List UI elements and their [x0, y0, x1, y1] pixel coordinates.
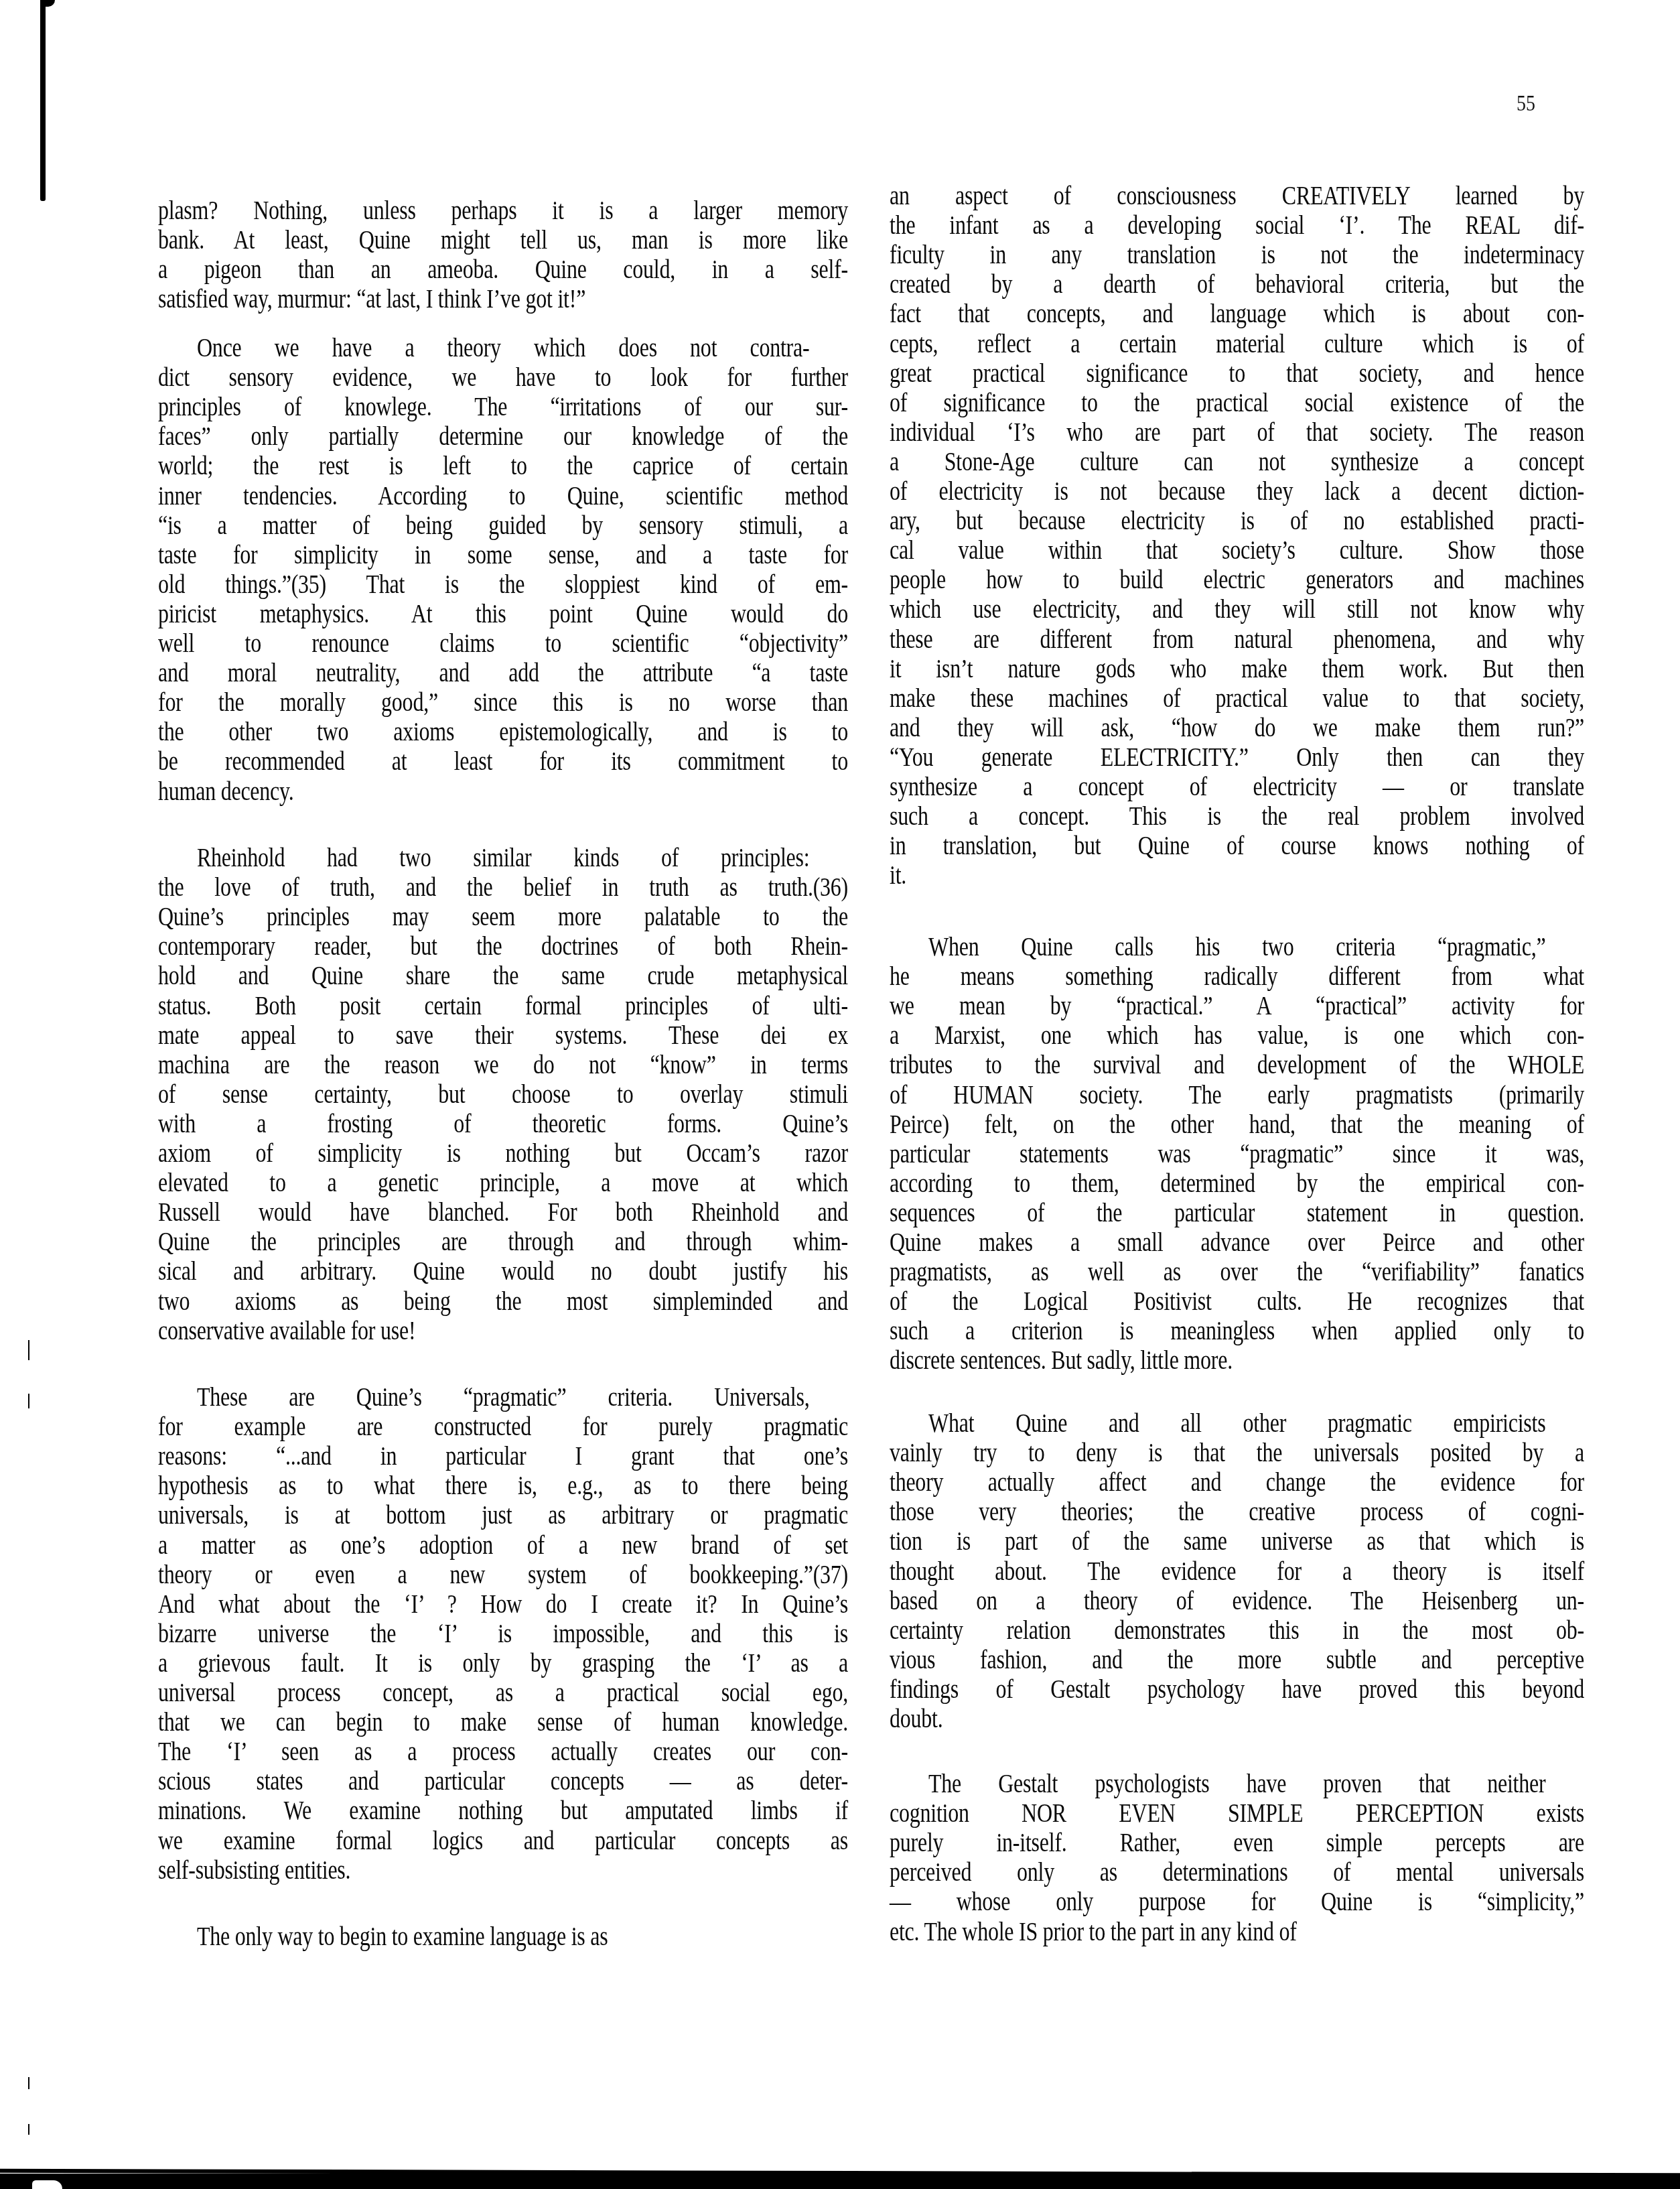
paragraph-4-line: The Gestalt psychologists have proven th…: [928, 1769, 1545, 1798]
paragraph-5-line: The only way to begin to examine languag…: [197, 1922, 809, 1951]
paragraph-3-line: tion is part of the same universe as tha…: [890, 1526, 1584, 1556]
paragraph-1-line: it.: [890, 860, 1584, 890]
text-line: cognition NOR EVEN SIMPLE PERCEPTION exi…: [890, 1798, 1584, 1828]
text-line: hold and Quine share the same crude meta…: [158, 961, 848, 990]
text-line: Quine’s principles may seem more palatab…: [158, 902, 848, 931]
paragraph-2-line: Once we have a theory which does not con…: [197, 333, 809, 362]
text-line: satisfied way, murmur: “at last, I think…: [158, 284, 848, 314]
paragraph-3-line: Rheinhold had two similar kinds of princ…: [197, 843, 809, 872]
paragraph-1-line: people how to build electric generators …: [890, 565, 1584, 594]
text-line: these are different from natural phenome…: [890, 624, 1584, 654]
paragraph-4-line: reasons: “...and in particular I grant t…: [158, 1441, 848, 1471]
text-line: vainly try to deny is that the universal…: [890, 1438, 1584, 1467]
text-line: status. Both posit certain formal princi…: [158, 991, 848, 1020]
paragraph-1-line: plasm? Nothing, unless perhaps it is a l…: [158, 196, 848, 225]
paragraph-3-line: thought about. The evidence for a theory…: [890, 1556, 1584, 1586]
text-line: universals, is at bottom just as arbitra…: [158, 1500, 848, 1530]
text-line: old things.”(35) That is the sloppiest k…: [158, 570, 848, 599]
paragraph-1-line: synthesize a concept of electricity — or…: [890, 772, 1584, 801]
text-line: of significance to the practical social …: [890, 388, 1584, 417]
margin-mark: [28, 2077, 29, 2089]
text-line: in translation, but Quine of course know…: [890, 831, 1584, 860]
text-line: individual ‘I’s who are part of that soc…: [890, 417, 1584, 447]
text-line: of HUMAN society. The early pragmatists …: [890, 1080, 1584, 1110]
text-line: Quine makes a small advance over Peirce …: [890, 1228, 1584, 1257]
paragraph-4-line: theory or even a new system of bookkeepi…: [158, 1560, 848, 1589]
text-line: make these machines of practical value t…: [890, 683, 1584, 713]
paragraph-4-line: for example are constructed for purely p…: [158, 1412, 848, 1441]
text-line: dict sensory evidence, we have to look f…: [158, 362, 848, 392]
binding-edge-rule: [40, 0, 46, 201]
text-line: contemporary reader, but the doctrines o…: [158, 931, 848, 961]
text-line: faces” only partially determine our know…: [158, 421, 848, 451]
text-line: people how to build electric generators …: [890, 565, 1584, 594]
text-line: two axioms as being the most simpleminde…: [158, 1286, 848, 1316]
text-line: Rheinhold had two similar kinds of princ…: [158, 843, 848, 872]
text-line: ficulty in any translation is not the in…: [890, 240, 1584, 269]
text-line: principles of knowlege. The “irritations…: [158, 392, 848, 421]
text-line: world; the rest is left to the caprice o…: [158, 451, 848, 480]
paragraph-3-line: with a frosting of theoretic forms. Quin…: [158, 1109, 848, 1138]
paragraph-1-line: a pigeon than an ameoba. Quine could, in…: [158, 255, 848, 284]
paragraph-4-line: purely in-itself. Rather, even simple pe…: [890, 1828, 1584, 1857]
paragraph-4-line: scious states and particular concepts — …: [158, 1766, 848, 1796]
paragraph-1-line: ficulty in any translation is not the in…: [890, 240, 1584, 269]
paragraph-3-line: doubt.: [890, 1704, 1584, 1733]
text-line: What Quine and all other pragmatic empir…: [890, 1408, 1584, 1438]
text-line: created by a dearth of behavioral criter…: [890, 269, 1584, 299]
paragraph-3-line: of sense certainty, but choose to overla…: [158, 1079, 848, 1109]
text-line: it isn’t nature gods who make them work.…: [890, 654, 1584, 683]
text-line: bank. At least, Quine might tell us, man…: [158, 225, 848, 255]
paragraph-2-line: taste for simplicity in some sense, and …: [158, 540, 848, 570]
paragraph-2-line: When Quine calls his two criteria “pragm…: [928, 932, 1545, 961]
text-line: he means something radically different f…: [890, 961, 1584, 991]
text-line: the love of truth, and the belief in tru…: [158, 872, 848, 902]
paragraph-2-line: faces” only partially determine our know…: [158, 421, 848, 451]
text-line: elevated to a genetic principle, a move …: [158, 1168, 848, 1197]
text-line: well to renounce claims to scientific “o…: [158, 628, 848, 658]
text-line: synthesize a concept of electricity — or…: [890, 772, 1584, 801]
paragraph-1-line: which use electricity, and they will sti…: [890, 594, 1584, 624]
paragraph-3-line: What Quine and all other pragmatic empir…: [928, 1408, 1545, 1438]
text-line: universal process concept, as a practica…: [158, 1678, 848, 1707]
paragraph-2-line: human decency.: [158, 777, 848, 806]
paragraph-2-line: the other two axioms epistemologically, …: [158, 717, 848, 746]
paragraph-1-line: cal value within that society’s culture.…: [890, 535, 1584, 565]
text-line: a Stone-Age culture can not synthesize a…: [890, 447, 1584, 476]
text-line: of electricity is not because they lack …: [890, 476, 1584, 506]
paragraph-3-line: Quine’s principles may seem more palatab…: [158, 902, 848, 931]
paragraph-2-line: he means something radically different f…: [890, 961, 1584, 991]
text-line: certainty relation demonstrates this in …: [890, 1615, 1584, 1645]
paragraph-1-line: satisfied way, murmur: “at last, I think…: [158, 284, 848, 314]
paragraph-2-line: according to them, determined by the emp…: [890, 1169, 1584, 1198]
paragraph-3-line: theory actually affect and change the ev…: [890, 1467, 1584, 1497]
text-line: we mean by “practical.” A “practical” ac…: [890, 991, 1584, 1020]
paragraph-4-line: The ‘I’ seen as a process actually creat…: [158, 1737, 848, 1766]
paragraph-4-line: hypothesis as to what there is, e.g., as…: [158, 1471, 848, 1500]
paragraph-2-line: well to renounce claims to scientific “o…: [158, 628, 848, 658]
text-line: perceived only as determinations of ment…: [890, 1857, 1584, 1887]
text-line: particular statements was “pragmatic” si…: [890, 1139, 1584, 1169]
paragraph-2-line: Quine makes a small advance over Peirce …: [890, 1228, 1584, 1257]
paragraph-3-line: status. Both posit certain formal princi…: [158, 991, 848, 1020]
text-line: machina are the reason we do not “know” …: [158, 1050, 848, 1079]
text-line: mate appeal to save their systems. These…: [158, 1020, 848, 1050]
paragraph-3-line: elevated to a genetic principle, a move …: [158, 1168, 848, 1197]
paragraph-3-line: vious fashion, and the more subtle and p…: [890, 1645, 1584, 1674]
paragraph-2-line: of HUMAN society. The early pragmatists …: [890, 1080, 1584, 1110]
text-line: etc. The whole IS prior to the part in a…: [890, 1917, 1584, 1946]
paragraph-1-line: these are different from natural phenome…: [890, 624, 1584, 654]
margin-mark: [28, 2124, 29, 2135]
text-line: that we can begin to make sense of human…: [158, 1707, 848, 1737]
text-line: be recommended at least for its commitme…: [158, 746, 848, 776]
text-line: of sense certainty, but choose to overla…: [158, 1079, 848, 1109]
text-line: These are Quine’s “pragmatic” criteria. …: [158, 1382, 848, 1412]
text-line: purely in-itself. Rather, even simple pe…: [890, 1828, 1584, 1857]
paragraph-1-line: bank. At least, Quine might tell us, man…: [158, 225, 848, 255]
paragraph-1-line: it isn’t nature gods who make them work.…: [890, 654, 1584, 683]
text-line: scious states and particular concepts — …: [158, 1766, 848, 1796]
paragraph-2-line: pragmatists, as well as over the “verifi…: [890, 1257, 1584, 1286]
page-number: 55: [1502, 91, 1535, 117]
paragraph-4-line: universal process concept, as a practica…: [158, 1678, 848, 1707]
paragraph-3-line: sical and arbitrary. Quine would no doub…: [158, 1256, 848, 1286]
paragraph-1-line: an aspect of consciousness CREATIVELY le…: [890, 181, 1584, 210]
text-line: such a concept. This is the real problem…: [890, 801, 1584, 831]
paragraph-3-line: Russell would have blanched. For both Rh…: [158, 1197, 848, 1227]
paragraph-3-line: machina are the reason we do not “know” …: [158, 1050, 848, 1079]
text-line: doubt.: [890, 1704, 1584, 1733]
paragraph-1-line: in translation, but Quine of course know…: [890, 831, 1584, 860]
text-line: The Gestalt psychologists have proven th…: [890, 1769, 1584, 1798]
paragraph-4-line: cognition NOR EVEN SIMPLE PERCEPTION exi…: [890, 1798, 1584, 1828]
text-line: vious fashion, and the more subtle and p…: [890, 1645, 1584, 1674]
text-line: bizarre universe the ‘I’ is impossible, …: [158, 1619, 848, 1648]
paragraph-3-line: Quine the principles are through and thr…: [158, 1227, 848, 1256]
paragraph-1-line: of significance to the practical social …: [890, 388, 1584, 417]
paragraph-4-line: perceived only as determinations of ment…: [890, 1857, 1584, 1887]
paragraph-1-line: fact that concepts, and language which i…: [890, 299, 1584, 328]
text-line: discrete sentences. But sadly, little mo…: [890, 1345, 1584, 1375]
paragraph-4-line: And what about the ‘I’ ? How do I create…: [158, 1589, 848, 1619]
text-line: The only way to begin to examine languag…: [158, 1922, 848, 1951]
paragraph-1-line: and they will ask, “how do we make them …: [890, 713, 1584, 742]
paragraph-3-line: the love of truth, and the belief in tru…: [158, 872, 848, 902]
text-line: a grievous fault. It is only by grasping…: [158, 1648, 848, 1678]
paragraph-2-line: for the morally good,” since this is no …: [158, 687, 848, 717]
paragraph-1-line: of electricity is not because they lack …: [890, 476, 1584, 506]
paragraph-2-line: inner tendencies. According to Quine, sc…: [158, 481, 848, 511]
text-line: findings of Gestalt psychology have prov…: [890, 1674, 1584, 1704]
text-line: for example are constructed for purely p…: [158, 1412, 848, 1441]
text-line: a Marxist, one which has value, is one w…: [890, 1020, 1584, 1050]
paragraph-2-line: principles of knowlege. The “irritations…: [158, 392, 848, 421]
paragraph-1-line: make these machines of practical value t…: [890, 683, 1584, 713]
paragraph-1-line: “You generate ELECTRICITY.” Only then ca…: [890, 742, 1584, 772]
text-line: pragmatists, as well as over the “verifi…: [890, 1257, 1584, 1286]
paragraph-4-line: self-subsisting entities.: [158, 1855, 848, 1885]
text-line: sical and arbitrary. Quine would no doub…: [158, 1256, 848, 1286]
paragraph-3-line: those very theories; the creative proces…: [890, 1497, 1584, 1526]
text-line: hypothesis as to what there is, e.g., as…: [158, 1471, 848, 1500]
text-line: cepts, reflect a certain material cultur…: [890, 329, 1584, 358]
paragraph-2-line: discrete sentences. But sadly, little mo…: [890, 1345, 1584, 1375]
text-line: “You generate ELECTRICITY.” Only then ca…: [890, 742, 1584, 772]
paragraph-4-line: that we can begin to make sense of human…: [158, 1707, 848, 1737]
paragraph-4-line: minations. We examine nothing but amputa…: [158, 1796, 848, 1825]
text-line: the other two axioms epistemologically, …: [158, 717, 848, 746]
paragraph-4-line: etc. The whole IS prior to the part in a…: [890, 1917, 1584, 1946]
text-line: tion is part of the same universe as tha…: [890, 1526, 1584, 1556]
paragraph-4-line: universals, is at bottom just as arbitra…: [158, 1500, 848, 1530]
paragraph-3-line: vainly try to deny is that the universal…: [890, 1438, 1584, 1467]
paragraph-1-line: great practical significance to that soc…: [890, 358, 1584, 388]
paragraph-2-line: a Marxist, one which has value, is one w…: [890, 1020, 1584, 1050]
paragraph-3-line: findings of Gestalt psychology have prov…: [890, 1674, 1584, 1704]
text-line: and they will ask, “how do we make them …: [890, 713, 1584, 742]
text-line: Russell would have blanched. For both Rh…: [158, 1197, 848, 1227]
text-line: fact that concepts, and language which i…: [890, 299, 1584, 328]
binding-edge-corner: [40, 0, 55, 7]
paragraph-2-line: and moral neutrality, and add the attrib…: [158, 658, 848, 687]
paragraph-2-line: be recommended at least for its commitme…: [158, 746, 848, 776]
text-line: human decency.: [158, 777, 848, 806]
paragraph-2-line: dict sensory evidence, we have to look f…: [158, 362, 848, 392]
paragraph-4-line: we examine formal logics and particular …: [158, 1826, 848, 1855]
paragraph-4-line: These are Quine’s “pragmatic” criteria. …: [197, 1382, 809, 1412]
paragraph-3-line: based on a theory of evidence. The Heise…: [890, 1586, 1584, 1615]
text-line: an aspect of consciousness CREATIVELY le…: [890, 181, 1584, 210]
paragraph-4-line: bizarre universe the ‘I’ is impossible, …: [158, 1619, 848, 1648]
paragraph-2-line: “is a matter of being guided by sensory …: [158, 511, 848, 540]
text-line: The ‘I’ seen as a process actually creat…: [158, 1737, 848, 1766]
text-line: Peirce) felt, on the other hand, that th…: [890, 1110, 1584, 1139]
text-line: cal value within that society’s culture.…: [890, 535, 1584, 565]
paragraph-2-line: such a criterion is meaningless when app…: [890, 1316, 1584, 1345]
paragraph-1-line: the infant as a developing social ‘I’. T…: [890, 210, 1584, 240]
text-line: And what about the ‘I’ ? How do I create…: [158, 1589, 848, 1619]
paragraph-2-line: old things.”(35) That is the sloppiest k…: [158, 570, 848, 599]
text-line: ary, but because electricity is of no es…: [890, 506, 1584, 535]
paragraph-3-line: certainty relation demonstrates this in …: [890, 1615, 1584, 1645]
text-line: which use electricity, and they will sti…: [890, 594, 1584, 624]
text-line: those very theories; the creative proces…: [890, 1497, 1584, 1526]
text-line: the infant as a developing social ‘I’. T…: [890, 210, 1584, 240]
document-page: 55 plasm? Nothing, unless perhaps it is …: [0, 0, 1680, 2189]
paragraph-4-line: a grievous fault. It is only by grasping…: [158, 1648, 848, 1678]
text-line: tributes to the survival and development…: [890, 1050, 1584, 1079]
paragraph-2-line: particular statements was “pragmatic” si…: [890, 1139, 1584, 1169]
paragraph-1-line: ary, but because electricity is of no es…: [890, 506, 1584, 535]
paragraph-2-line: world; the rest is left to the caprice o…: [158, 451, 848, 480]
text-line: a pigeon than an ameoba. Quine could, in…: [158, 255, 848, 284]
text-line: theory or even a new system of bookkeepi…: [158, 1560, 848, 1589]
text-line: with a frosting of theoretic forms. Quin…: [158, 1109, 848, 1138]
paragraph-3-line: conservative available for use!: [158, 1316, 848, 1345]
margin-mark: [28, 1394, 29, 1408]
paragraph-1-line: a Stone-Age culture can not synthesize a…: [890, 447, 1584, 476]
text-line: a matter as one’s adoption of a new bran…: [158, 1530, 848, 1560]
text-line: self-subsisting entities.: [158, 1855, 848, 1885]
text-line: according to them, determined by the emp…: [890, 1169, 1584, 1198]
text-line: we examine formal logics and particular …: [158, 1826, 848, 1855]
text-line: theory actually affect and change the ev…: [890, 1467, 1584, 1497]
paragraph-1-line: cepts, reflect a certain material cultur…: [890, 329, 1584, 358]
text-line: minations. We examine nothing but amputa…: [158, 1796, 848, 1825]
paragraph-2-line: Peirce) felt, on the other hand, that th…: [890, 1110, 1584, 1139]
text-line: of the Logical Positivist cults. He reco…: [890, 1286, 1584, 1316]
paragraph-3-line: contemporary reader, but the doctrines o…: [158, 931, 848, 961]
text-line: — whose only purpose for Quine is “simpl…: [890, 1887, 1584, 1916]
text-line: reasons: “...and in particular I grant t…: [158, 1441, 848, 1471]
scan-bottom-notch: [32, 2180, 62, 2189]
text-line: piricist metaphysics. At this point Quin…: [158, 599, 848, 628]
text-line: great practical significance to that soc…: [890, 358, 1584, 388]
paragraph-3-line: axiom of simplicity is nothing but Occam…: [158, 1138, 848, 1168]
text-line: it.: [890, 860, 1584, 890]
text-line: plasm? Nothing, unless perhaps it is a l…: [158, 196, 848, 225]
paragraph-2-line: sequences of the particular statement in…: [890, 1198, 1584, 1228]
text-line: Quine the principles are through and thr…: [158, 1227, 848, 1256]
paragraph-4-line: a matter as one’s adoption of a new bran…: [158, 1530, 848, 1560]
paragraph-2-line: tributes to the survival and development…: [890, 1050, 1584, 1079]
paragraph-1-line: individual ‘I’s who are part of that soc…: [890, 417, 1584, 447]
text-line: for the morally good,” since this is no …: [158, 687, 848, 717]
text-line: axiom of simplicity is nothing but Occam…: [158, 1138, 848, 1168]
text-line: and moral neutrality, and add the attrib…: [158, 658, 848, 687]
paragraph-3-line: mate appeal to save their systems. These…: [158, 1020, 848, 1050]
text-line: such a criterion is meaningless when app…: [890, 1316, 1584, 1345]
scan-bottom-bar: [0, 2174, 1680, 2189]
text-line: conservative available for use!: [158, 1316, 848, 1345]
paragraph-4-line: — whose only purpose for Quine is “simpl…: [890, 1887, 1584, 1916]
text-line: taste for simplicity in some sense, and …: [158, 540, 848, 570]
text-line: sequences of the particular statement in…: [890, 1198, 1584, 1228]
paragraph-1-line: such a concept. This is the real problem…: [890, 801, 1584, 831]
paragraph-1-line: created by a dearth of behavioral criter…: [890, 269, 1584, 299]
text-line: “is a matter of being guided by sensory …: [158, 511, 848, 540]
text-line: When Quine calls his two criteria “pragm…: [890, 932, 1584, 961]
margin-mark: [28, 1340, 29, 1360]
paragraph-3-line: hold and Quine share the same crude meta…: [158, 961, 848, 990]
paragraph-2-line: piricist metaphysics. At this point Quin…: [158, 599, 848, 628]
text-line: Once we have a theory which does not con…: [158, 333, 848, 362]
text-line: thought about. The evidence for a theory…: [890, 1556, 1584, 1586]
text-line: based on a theory of evidence. The Heise…: [890, 1586, 1584, 1615]
text-line: inner tendencies. According to Quine, sc…: [158, 481, 848, 511]
paragraph-3-line: two axioms as being the most simpleminde…: [158, 1286, 848, 1316]
paragraph-2-line: we mean by “practical.” A “practical” ac…: [890, 991, 1584, 1020]
paragraph-2-line: of the Logical Positivist cults. He reco…: [890, 1286, 1584, 1316]
